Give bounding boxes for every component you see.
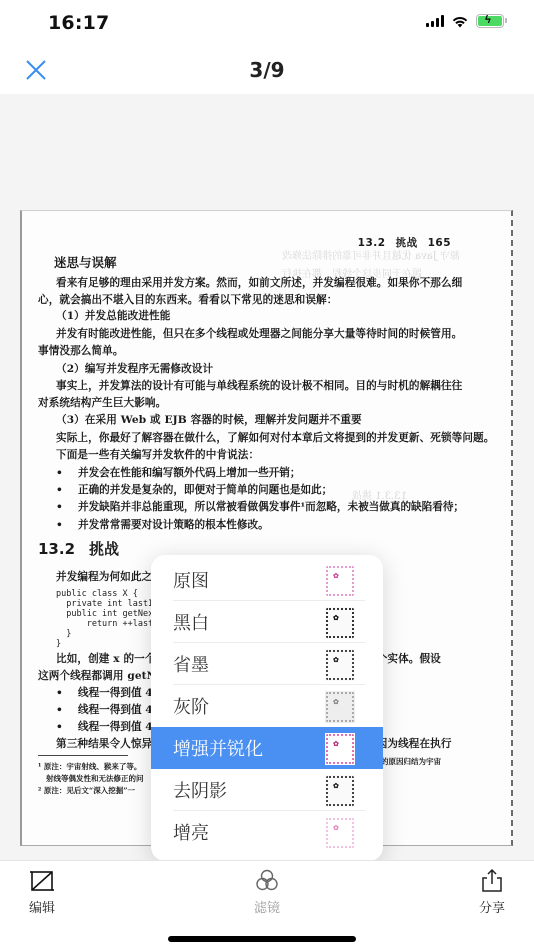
- paragraph-line: 对系统结构产生巨大影响。: [38, 395, 166, 410]
- document-viewer[interactable]: 源守 Java 优越且并非可靠的排除法修改 题在于同步这个线程，都在执行 13.…: [0, 94, 534, 860]
- paragraph-line: 事情没那么简单。: [38, 343, 124, 358]
- footnote: ² 原注：见后文“深入挖掘”一: [38, 785, 135, 796]
- filter-thumbnail-icon: ✿: [325, 733, 355, 765]
- running-header: 13.2挑战165: [348, 235, 451, 250]
- paragraph-line: 心，就会搞出不堪入目的东西来。看看以下常见的迷思和误解：: [38, 292, 337, 307]
- status-time: 16:17: [48, 12, 109, 34]
- code-line: public class X {: [56, 589, 138, 599]
- paragraph-line: 看来有足够的理由采用并发方案。然而，如前文所述，并发编程很难。如果你不那么细: [56, 275, 462, 290]
- footnote: 射线等偶发性和无法修正的问: [46, 773, 144, 784]
- section-heading: 迷思与误解: [54, 253, 117, 271]
- nav-bar: 3/9: [0, 46, 534, 94]
- footnote: ¹ 原注：宇宙射线、猴来了等。: [38, 761, 141, 772]
- battery-charging-icon: ϟ: [476, 14, 504, 28]
- status-icons: ϟ: [426, 14, 504, 28]
- bullet-item: •并发缺陷并非总能重现，所以常被看做偶发事件¹而忽略，未被当做真的缺陷看待；: [56, 499, 464, 514]
- footnote-divider: [38, 755, 128, 756]
- share-button[interactable]: 分享: [462, 867, 522, 916]
- filter-thumbnail-icon: ✿: [325, 817, 355, 849]
- filter-option-brighten[interactable]: 增亮 ✿: [151, 811, 383, 853]
- code-line: return ++lastI: [56, 619, 158, 629]
- home-indicator: [168, 936, 356, 942]
- bullet-item: •线程一得到值 4: [56, 702, 153, 717]
- bullet-item: •并发会在性能和编写额外代码上增加一些开销；: [56, 465, 300, 480]
- filter-menu: 原图 ✿ 黑白 ✿ 省墨 ✿ 灰阶: [151, 555, 383, 860]
- filter-option-original[interactable]: 原图 ✿: [151, 559, 383, 601]
- crop-icon: [28, 867, 56, 895]
- paragraph-line: （1）并发总能改进性能: [56, 308, 170, 323]
- chapter-heading: 13.2挑战: [38, 538, 119, 559]
- paragraph-line: 第三种结果令人惊异: [56, 736, 152, 751]
- filter-thumbnail-icon: ✿: [325, 691, 355, 723]
- paragraph-line: 并发有时能改进性能，但只在多个线程或处理器之间能分享大量等待时间的时候管用。: [56, 326, 462, 341]
- filter-circles-icon: [253, 867, 281, 895]
- bullet-item: •并发常常需要对设计策略的根本性修改。: [56, 517, 269, 532]
- filter-thumbnail-icon: ✿: [325, 775, 355, 807]
- wifi-icon: [451, 15, 469, 28]
- code-line: }: [56, 639, 61, 649]
- share-icon: [478, 867, 506, 895]
- edit-button[interactable]: 编辑: [12, 867, 72, 916]
- filter-thumbnail-icon: ✿: [325, 565, 355, 597]
- cellular-signal-icon: [426, 15, 444, 27]
- filter-option-black-white[interactable]: 黑白 ✿: [151, 601, 383, 643]
- paragraph-line: 事实上，并发算法的设计有可能与单线程系统的设计极不相同。目的与时机的解耦往往: [56, 378, 462, 393]
- filter-thumbnail-icon: ✿: [325, 649, 355, 681]
- paragraph-line: （3）在采用 Web 或 EJB 容器的时候，理解并发问题并不重要: [56, 412, 362, 427]
- code-line: }: [56, 629, 71, 639]
- paragraph-line: 下面是一些有关编写并发软件的中肯说法：: [56, 447, 259, 462]
- bullet-item: •线程一得到值 4: [56, 719, 153, 734]
- filter-button[interactable]: 滤镜: [237, 867, 297, 916]
- filter-option-enhance-sharpen[interactable]: 增强并锐化 ✿: [151, 727, 383, 769]
- filter-thumbnail-icon: ✿: [325, 607, 355, 639]
- paragraph-line: （2）编写并发程序无需修改设计: [56, 361, 213, 376]
- paragraph-line: 比如，创建 x 的一个: [56, 651, 156, 666]
- status-bar: 16:17 ϟ: [0, 0, 534, 46]
- bullet-item: •线程一得到值 4: [56, 685, 153, 700]
- bullet-item: •正确的并发是复杂的，即便对于简单的问题也是如此；: [56, 482, 332, 497]
- filter-option-grayscale[interactable]: 灰阶 ✿: [151, 685, 383, 727]
- filter-option-ink-saver[interactable]: 省墨 ✿: [151, 643, 383, 685]
- page-counter-title: 3/9: [0, 58, 534, 82]
- paragraph-line: 这两个线程都调用 getNe: [38, 668, 163, 683]
- paragraph-line: 实际上，你最好了解容器在做什么，了解如何对付本章后文将提到的并发更新、死锁等问题…: [56, 430, 494, 445]
- filter-option-remove-shadow[interactable]: 去阴影 ✿: [151, 769, 383, 811]
